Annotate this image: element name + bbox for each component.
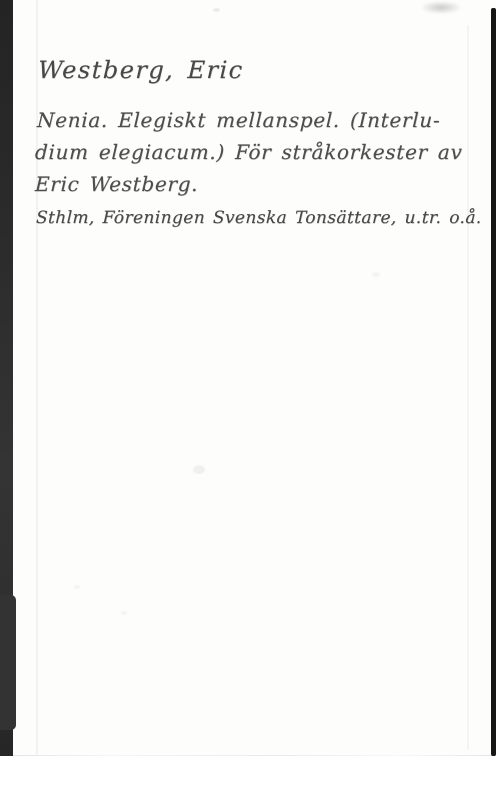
scan-speck: [193, 465, 205, 474]
scanner-edge-left-bulge: [0, 595, 16, 730]
title-line-1: Nenia. Elegiskt mellanspel. (Interlu-: [37, 108, 441, 132]
scan-smudge: [420, 1, 462, 14]
title-line-3: Eric Westberg.: [35, 172, 199, 196]
author-heading: Westberg, Eric: [38, 56, 245, 84]
imprint-line: Sthlm, Föreningen Svenska Tonsättare, u.…: [36, 208, 482, 228]
scan-speck: [74, 585, 80, 589]
scan-speck: [213, 8, 220, 12]
scanned-catalog-card: Westberg, Eric Nenia. Elegiskt mellanspe…: [0, 0, 500, 800]
scan-speck: [372, 272, 380, 277]
card-crease-right: [467, 25, 469, 750]
scanner-edge-right-line: [491, 8, 496, 756]
scan-speck: [121, 611, 127, 615]
card-bottom-edge: [13, 755, 496, 756]
title-line-2: dium elegiacum.) För stråkorkester av: [35, 140, 463, 164]
